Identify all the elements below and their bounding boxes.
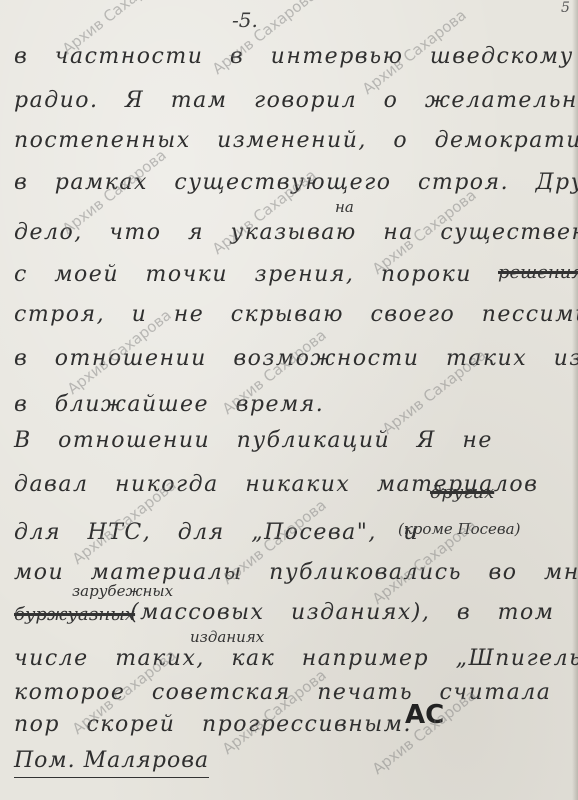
text-line-7: строя, и не скрываю своего пессимизма (14, 302, 578, 327)
text-line-2: радио. Я там говорил о желательности (14, 88, 578, 113)
initials-mark: АС (405, 700, 444, 730)
text-line-9: в ближайшее время. (14, 392, 324, 417)
text-line-17: пор скорей прогрессивным. (14, 712, 412, 737)
text-line-4: в рамках существующего строя. Другое (14, 170, 578, 195)
page-number-corner: 5 (561, 0, 570, 16)
text-line-6: с моей точки зрения, пороки (14, 262, 472, 287)
text-line-10: В отношении публикаций Я не (14, 428, 493, 453)
text-line-12: для НТС, для „Посева", и (14, 520, 419, 545)
text-line-14: (массовых изданиях), в том (130, 600, 555, 625)
insertion-zarubezhnykh: зарубежных (72, 582, 173, 600)
text-line-5: дело, что я указываю на существенные, (14, 220, 578, 245)
text-line-15: числе таких, как например „Шпигель", (14, 646, 578, 671)
strikethrough-word-2: других (430, 482, 494, 503)
insertion-na: на (335, 198, 354, 216)
insertion-izdaniyakh: изданиях (190, 628, 264, 646)
text-line-1: в частности в интервью шведскому (14, 44, 574, 69)
text-line-3: постепенных изменений, о демократизации (14, 128, 578, 153)
page-number: -5. (232, 8, 258, 32)
text-line-16: которое советская печать считала до сих (14, 680, 578, 705)
strikethrough-word-3: буржуазных (14, 604, 135, 625)
signature: Пом. Малярова (14, 748, 209, 778)
insertion-krome-poseva: (кроме Посева) (398, 520, 520, 538)
text-line-8: в отношении возможности таких изменений (14, 346, 578, 371)
document-page: -5. 5 в частности в интервью шведскому р… (0, 0, 578, 800)
strikethrough-word-1: решения (498, 262, 578, 283)
